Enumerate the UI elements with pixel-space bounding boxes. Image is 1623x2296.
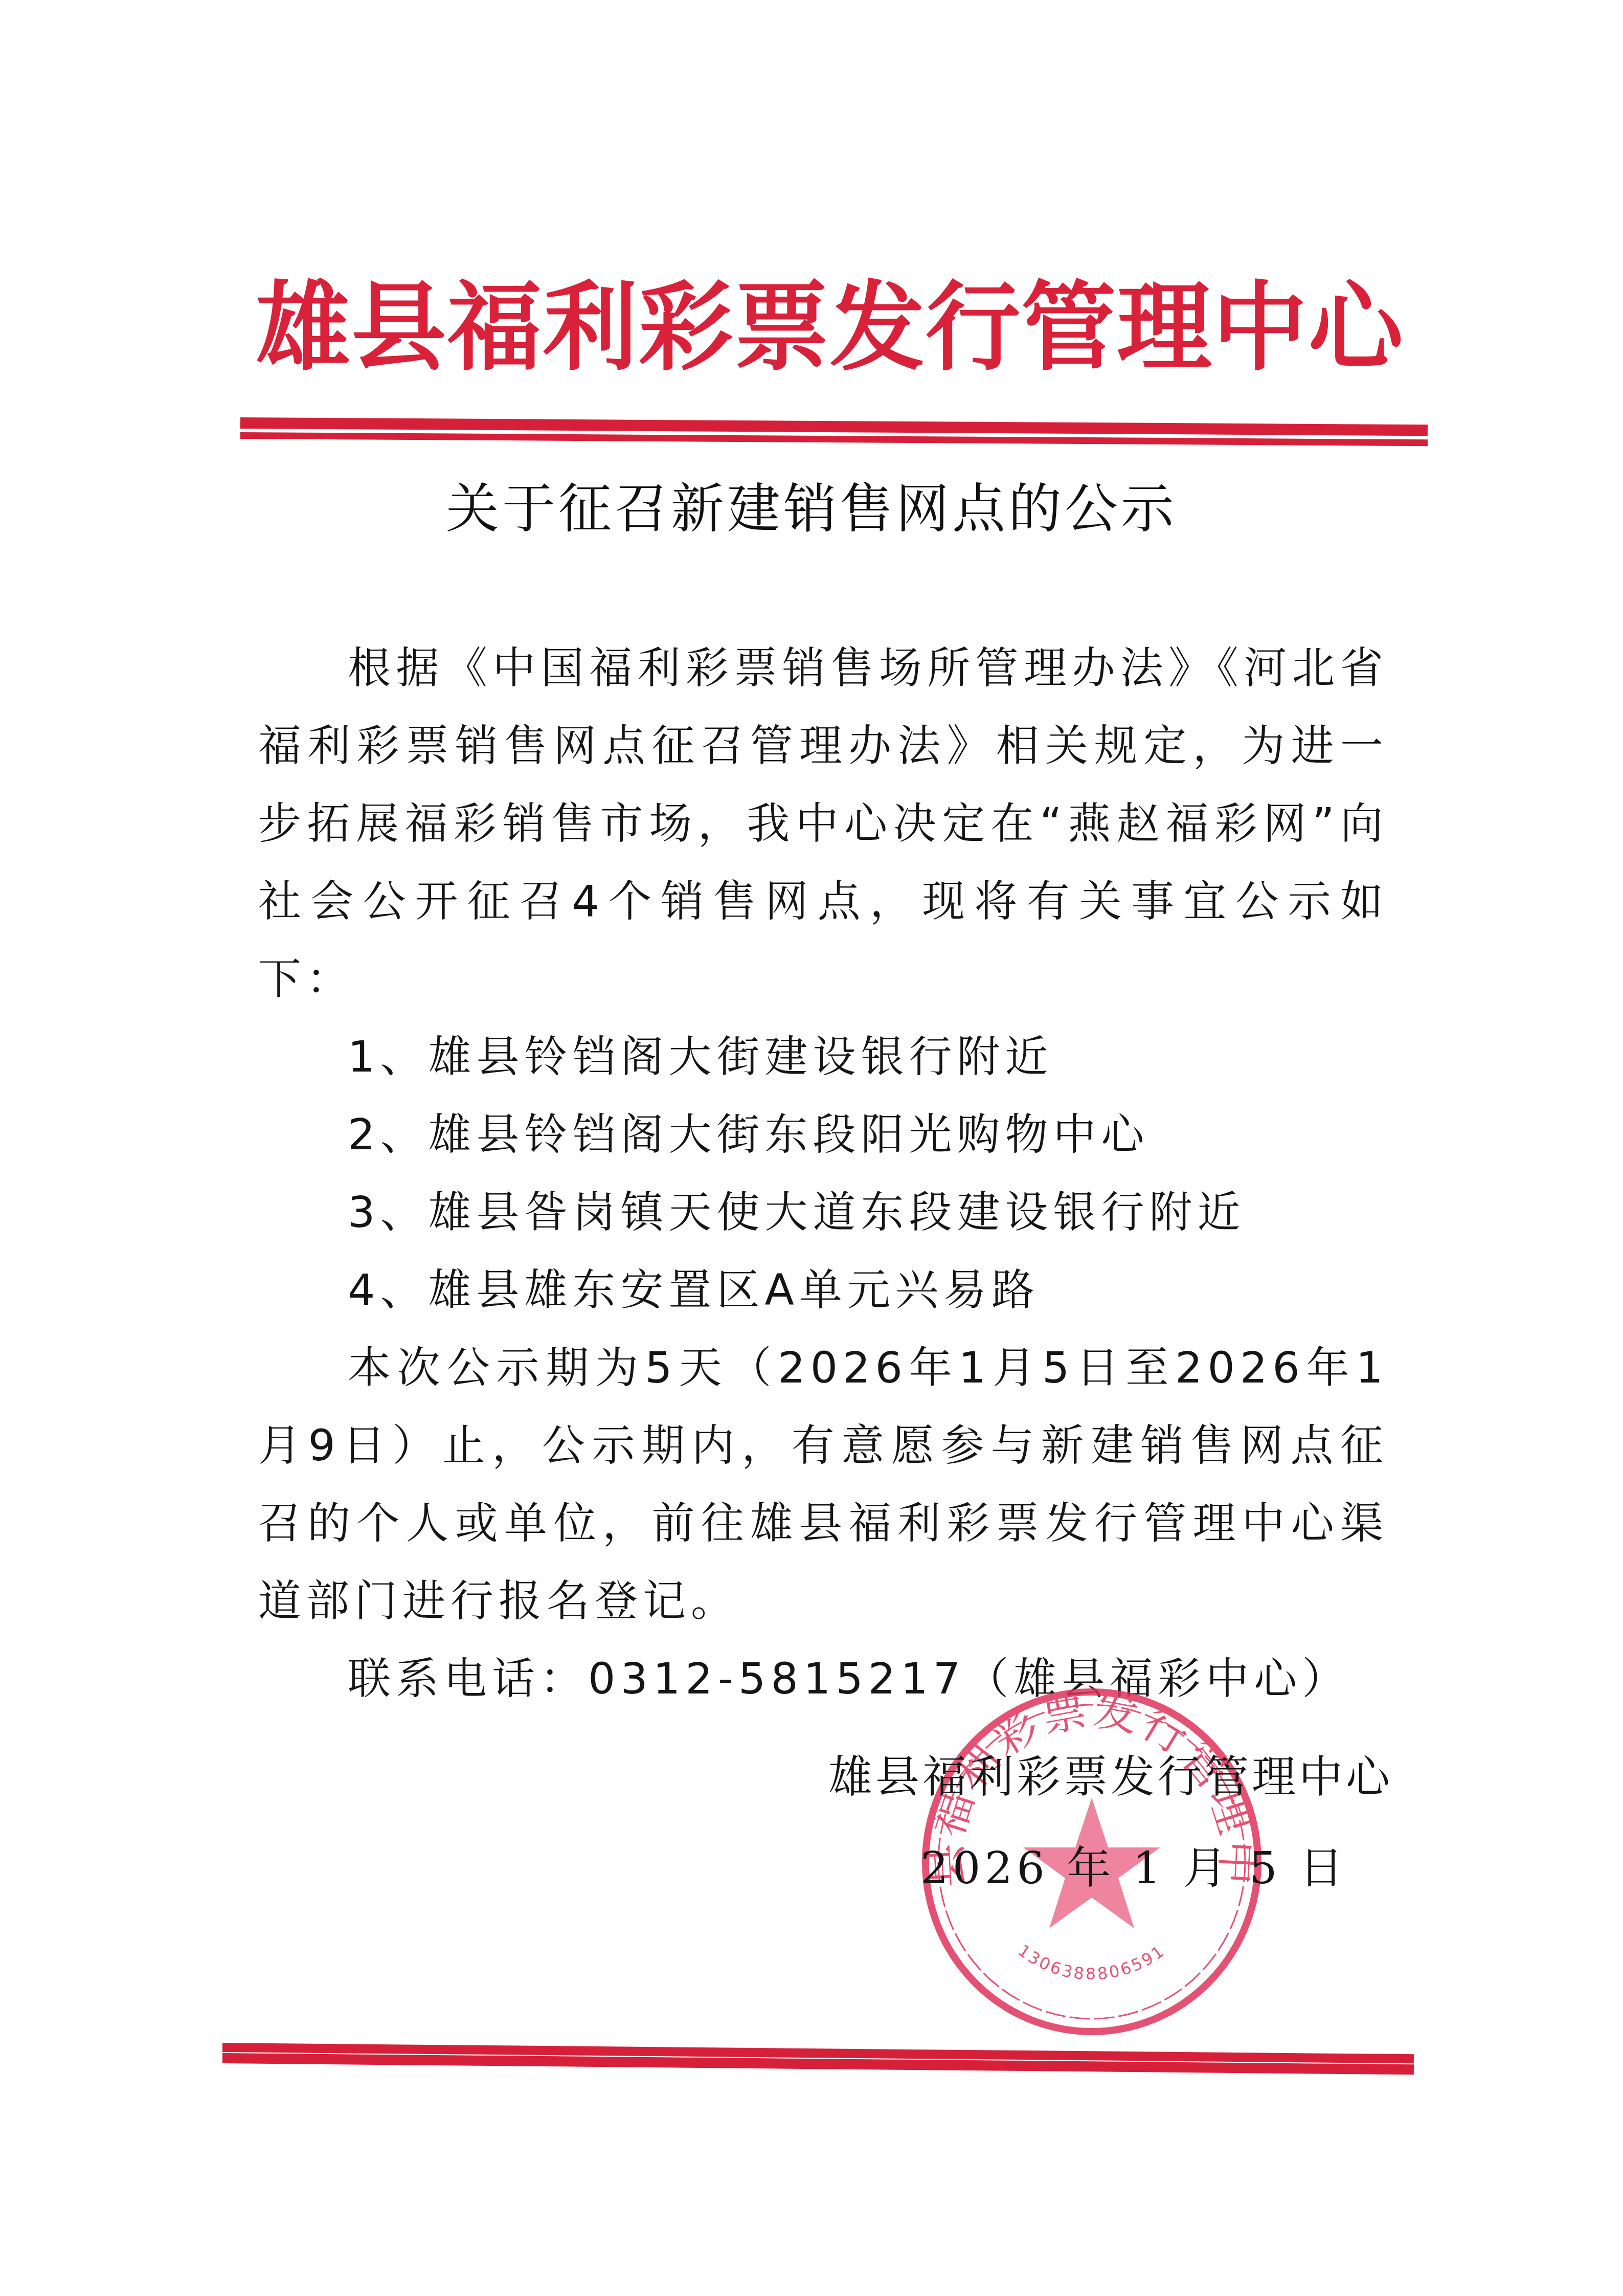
signature-org: 雄县福利彩票发行管理中心: [828, 1739, 1393, 1816]
document-body: 根据《中国福利彩票销售场所管理办法》《河北省福利彩票销售网点征召管理办法》相关规…: [258, 629, 1388, 1718]
location-item: 1、雄县铃铛阁大街建设银行附近: [258, 1018, 1388, 1096]
svg-text:1306388806591: 1306388806591: [1015, 1941, 1169, 1983]
location-item: 2、雄县铃铛阁大街东段阳光购物中心: [258, 1096, 1388, 1173]
document-title: 关于征召新建销售网点的公示: [0, 471, 1623, 547]
intro-paragraph: 根据《中国福利彩票销售场所管理办法》《河北省福利彩票销售网点征召管理办法》相关规…: [258, 629, 1388, 1018]
signature-date: 2026 年 1 月 5 日: [920, 1830, 1347, 1907]
location-item: 3、雄县昝岗镇天使大道东段建设银行附近: [258, 1173, 1388, 1251]
period-paragraph: 本次公示期为5天（2026年1月5日至2026年1月9日）止，公示期内，有意愿参…: [258, 1329, 1388, 1640]
location-list: 1、雄县铃铛阁大街建设银行附近 2、雄县铃铛阁大街东段阳光购物中心 3、雄县昝岗…: [258, 1018, 1388, 1329]
location-item: 4、雄县雄东安置区A单元兴易路: [258, 1251, 1388, 1329]
letterhead-title: 雄县福利彩票发行管理中心: [256, 266, 1404, 389]
